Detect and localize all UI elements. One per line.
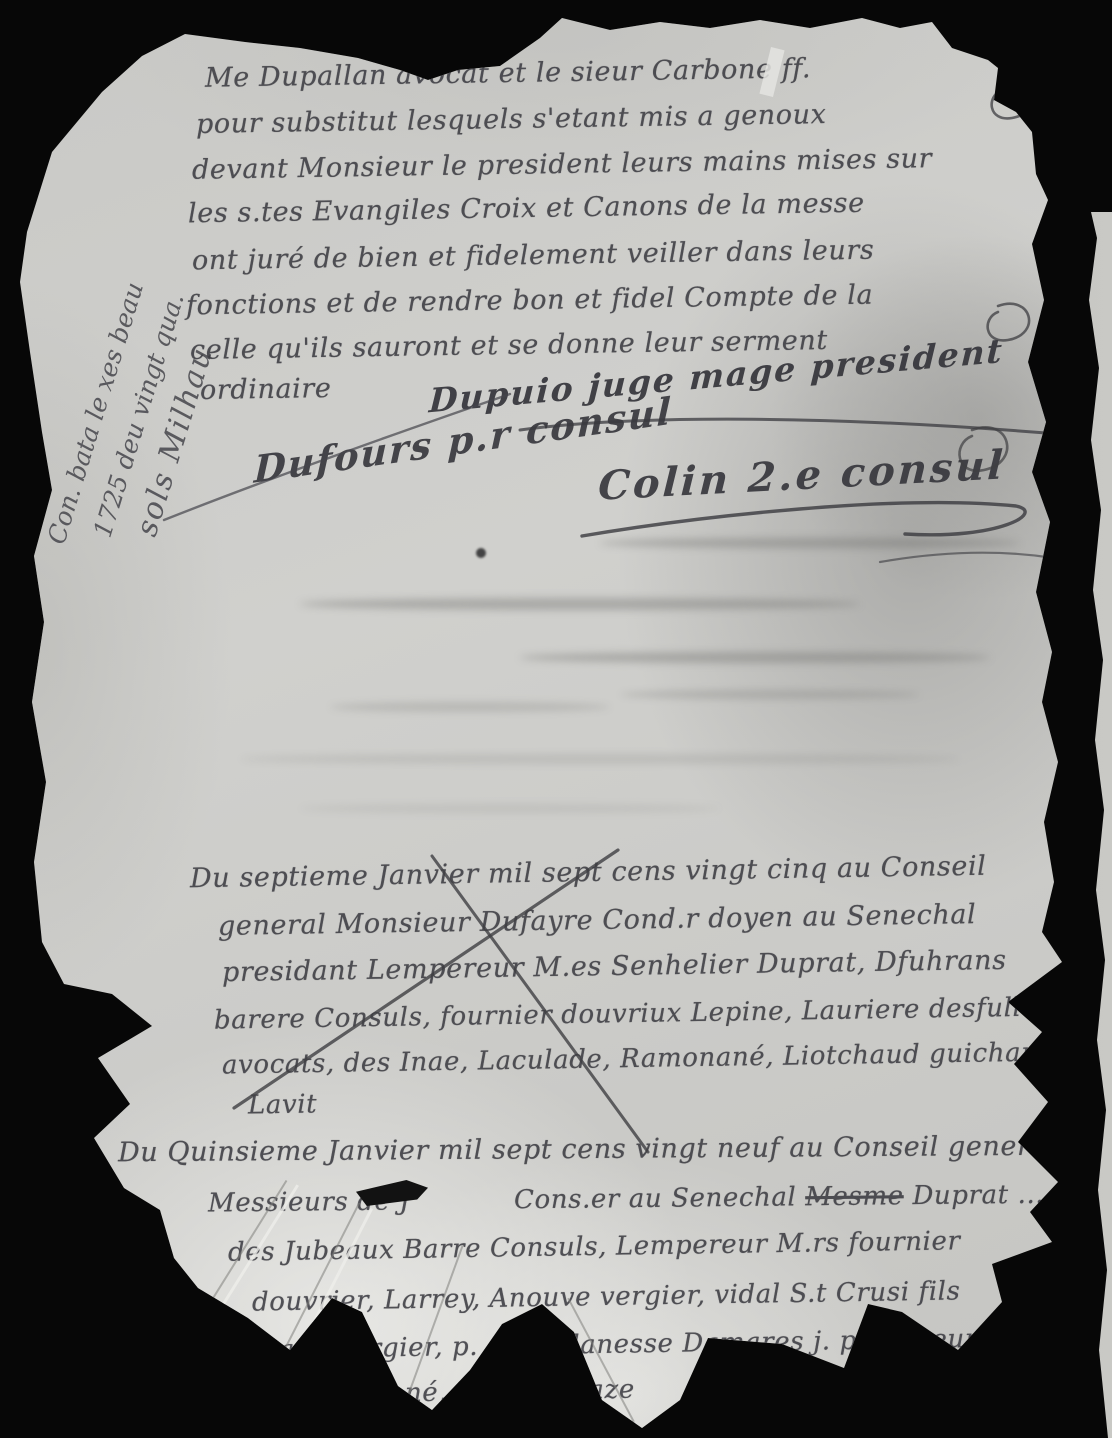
line-fragment: Cons.er au Senechal xyxy=(514,1182,797,1215)
handwritten-line: barere Consuls, fournier douvriux Lepine… xyxy=(214,992,1055,1035)
handwritten-line: Du Quinsieme Janvier mil sept cens vingt… xyxy=(118,1131,1057,1169)
signature-flourish xyxy=(880,553,1092,566)
bleed-through-mark xyxy=(240,754,960,764)
handwritten-line: ordinaire xyxy=(200,373,332,406)
ink-speck xyxy=(476,548,486,558)
line-fragment: Duprat ...... xyxy=(912,1179,1071,1211)
line-end-loop xyxy=(992,82,1033,119)
signature-flourish xyxy=(582,503,1025,536)
paper-crease xyxy=(567,1298,634,1423)
manuscript-page: Con. bata le xes beau 1725 deu vingt qua… xyxy=(0,0,1112,1438)
bleed-through-mark xyxy=(330,702,610,712)
struck-word: Mesme xyxy=(805,1181,904,1212)
handwritten-line: avocats, des Inae, Laculade, Ramonané, L… xyxy=(222,1037,1052,1080)
handwritten-line: Du septieme Janvier mil sept cens vingt … xyxy=(190,851,987,895)
handwritten-line: avocats, vergier, p. ecta, danesse Damar… xyxy=(216,1324,978,1366)
handwritten-line: Messieurs de J Cons.er au Senechal Mesme… xyxy=(208,1179,1071,1218)
handwritten-line: presidant Lempereur M.es Senhelier Dupra… xyxy=(222,945,1007,988)
handwritten-line: pour substitut lesquels s'etant mis a ge… xyxy=(196,99,827,140)
handwritten-line: fonctions et de rendre bon et fidel Comp… xyxy=(186,280,874,322)
handwritten-line: douvrier, Larrey, Anouve vergier, vidal … xyxy=(252,1276,961,1317)
handwritten-line: les s.tes Evangiles Croix et Canons de l… xyxy=(188,188,865,230)
manuscript-scan: Con. bata le xes beau 1725 deu vingt qua… xyxy=(0,0,1112,1438)
handwritten-line: general Monsieur Dufayre Cond.r doyen au… xyxy=(218,899,977,942)
handwritten-line: Me Dupallan avocat et le sieur Carbone f… xyxy=(205,53,812,94)
bleed-through-mark xyxy=(620,690,920,699)
bleed-through-mark xyxy=(300,598,860,610)
bleed-through-mark xyxy=(300,804,720,813)
handwritten-line: devant Monsieur le president leurs mains… xyxy=(192,143,933,186)
bleed-through-mark xyxy=(520,652,990,663)
handwritten-line: ont juré de bien et fidelement veiller d… xyxy=(192,235,875,277)
handwritten-line: Guichard d ... né, Lepine, Gaze xyxy=(208,1375,635,1412)
handwritten-line: Lavit xyxy=(248,1089,318,1120)
signature-second-consul: Colin 2.e consul xyxy=(597,441,1007,510)
bleed-through-mark xyxy=(600,538,1020,548)
